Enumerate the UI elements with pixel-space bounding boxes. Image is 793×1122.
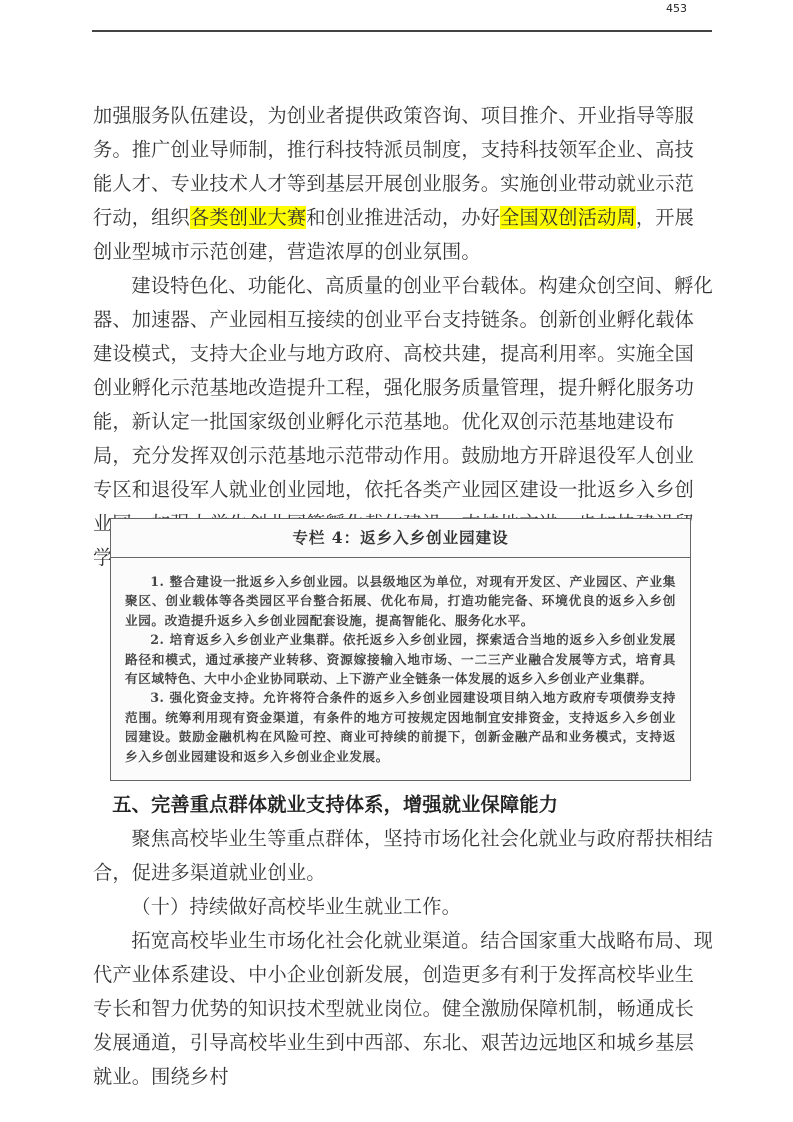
paragraph-key-groups: 聚焦高校毕业生等重点群体，坚持市场化社会化就业与政府帮扶相结合，促进多渠道就业创… (93, 822, 713, 890)
column-box: 专栏 4：返乡入乡创业园建设 1. 整合建设一批返乡入乡创业园。以县级地区为单位… (110, 518, 691, 781)
column-item-2: 2. 培育返乡入乡创业产业集群。依托返乡入乡创业园，探索适合当地的返乡入乡创业发… (125, 630, 676, 688)
column-item-3: 3. 强化资金支持。允许将符合条件的返乡入乡创业园建设项目纳入地方政府专项债券支… (125, 688, 676, 766)
column-title: 专栏 4：返乡入乡创业园建设 (111, 519, 690, 558)
sub-heading: （十）持续做好高校毕业生就业工作。 (93, 890, 713, 924)
header-rule (92, 30, 712, 32)
text-block-top: 加强服务队伍建设，为创业者提供政策咨询、项目推介、开业指导等服务。推广创业导师制… (93, 99, 713, 575)
paragraph-graduates: 拓宽高校毕业生市场化社会化就业渠道。结合国家重大战略布局、现代产业体系建设、中小… (93, 924, 713, 1094)
text-segment: 和创业推进活动，办好 (306, 206, 500, 229)
column-body: 1. 整合建设一批返乡入乡创业园。以县级地区为单位，对现有开发区、产业园区、产业… (111, 558, 690, 766)
page-number: 453 (666, 2, 687, 15)
column-item-1: 1. 整合建设一批返乡入乡创业园。以县级地区为单位，对现有开发区、产业园区、产业… (125, 572, 676, 630)
text-block-bottom: 五、完善重点群体就业支持体系，增强就业保障能力 聚焦高校毕业生等重点群体，坚持市… (93, 788, 713, 1094)
paragraph-service-team: 加强服务队伍建设，为创业者提供政策咨询、项目推介、开业指导等服务。推广创业导师制… (93, 99, 713, 269)
highlight-activity-week: 全国双创活动周 (500, 206, 636, 229)
section-heading: 五、完善重点群体就业支持体系，增强就业保障能力 (93, 788, 713, 822)
highlight-contest: 各类创业大赛 (190, 206, 306, 229)
